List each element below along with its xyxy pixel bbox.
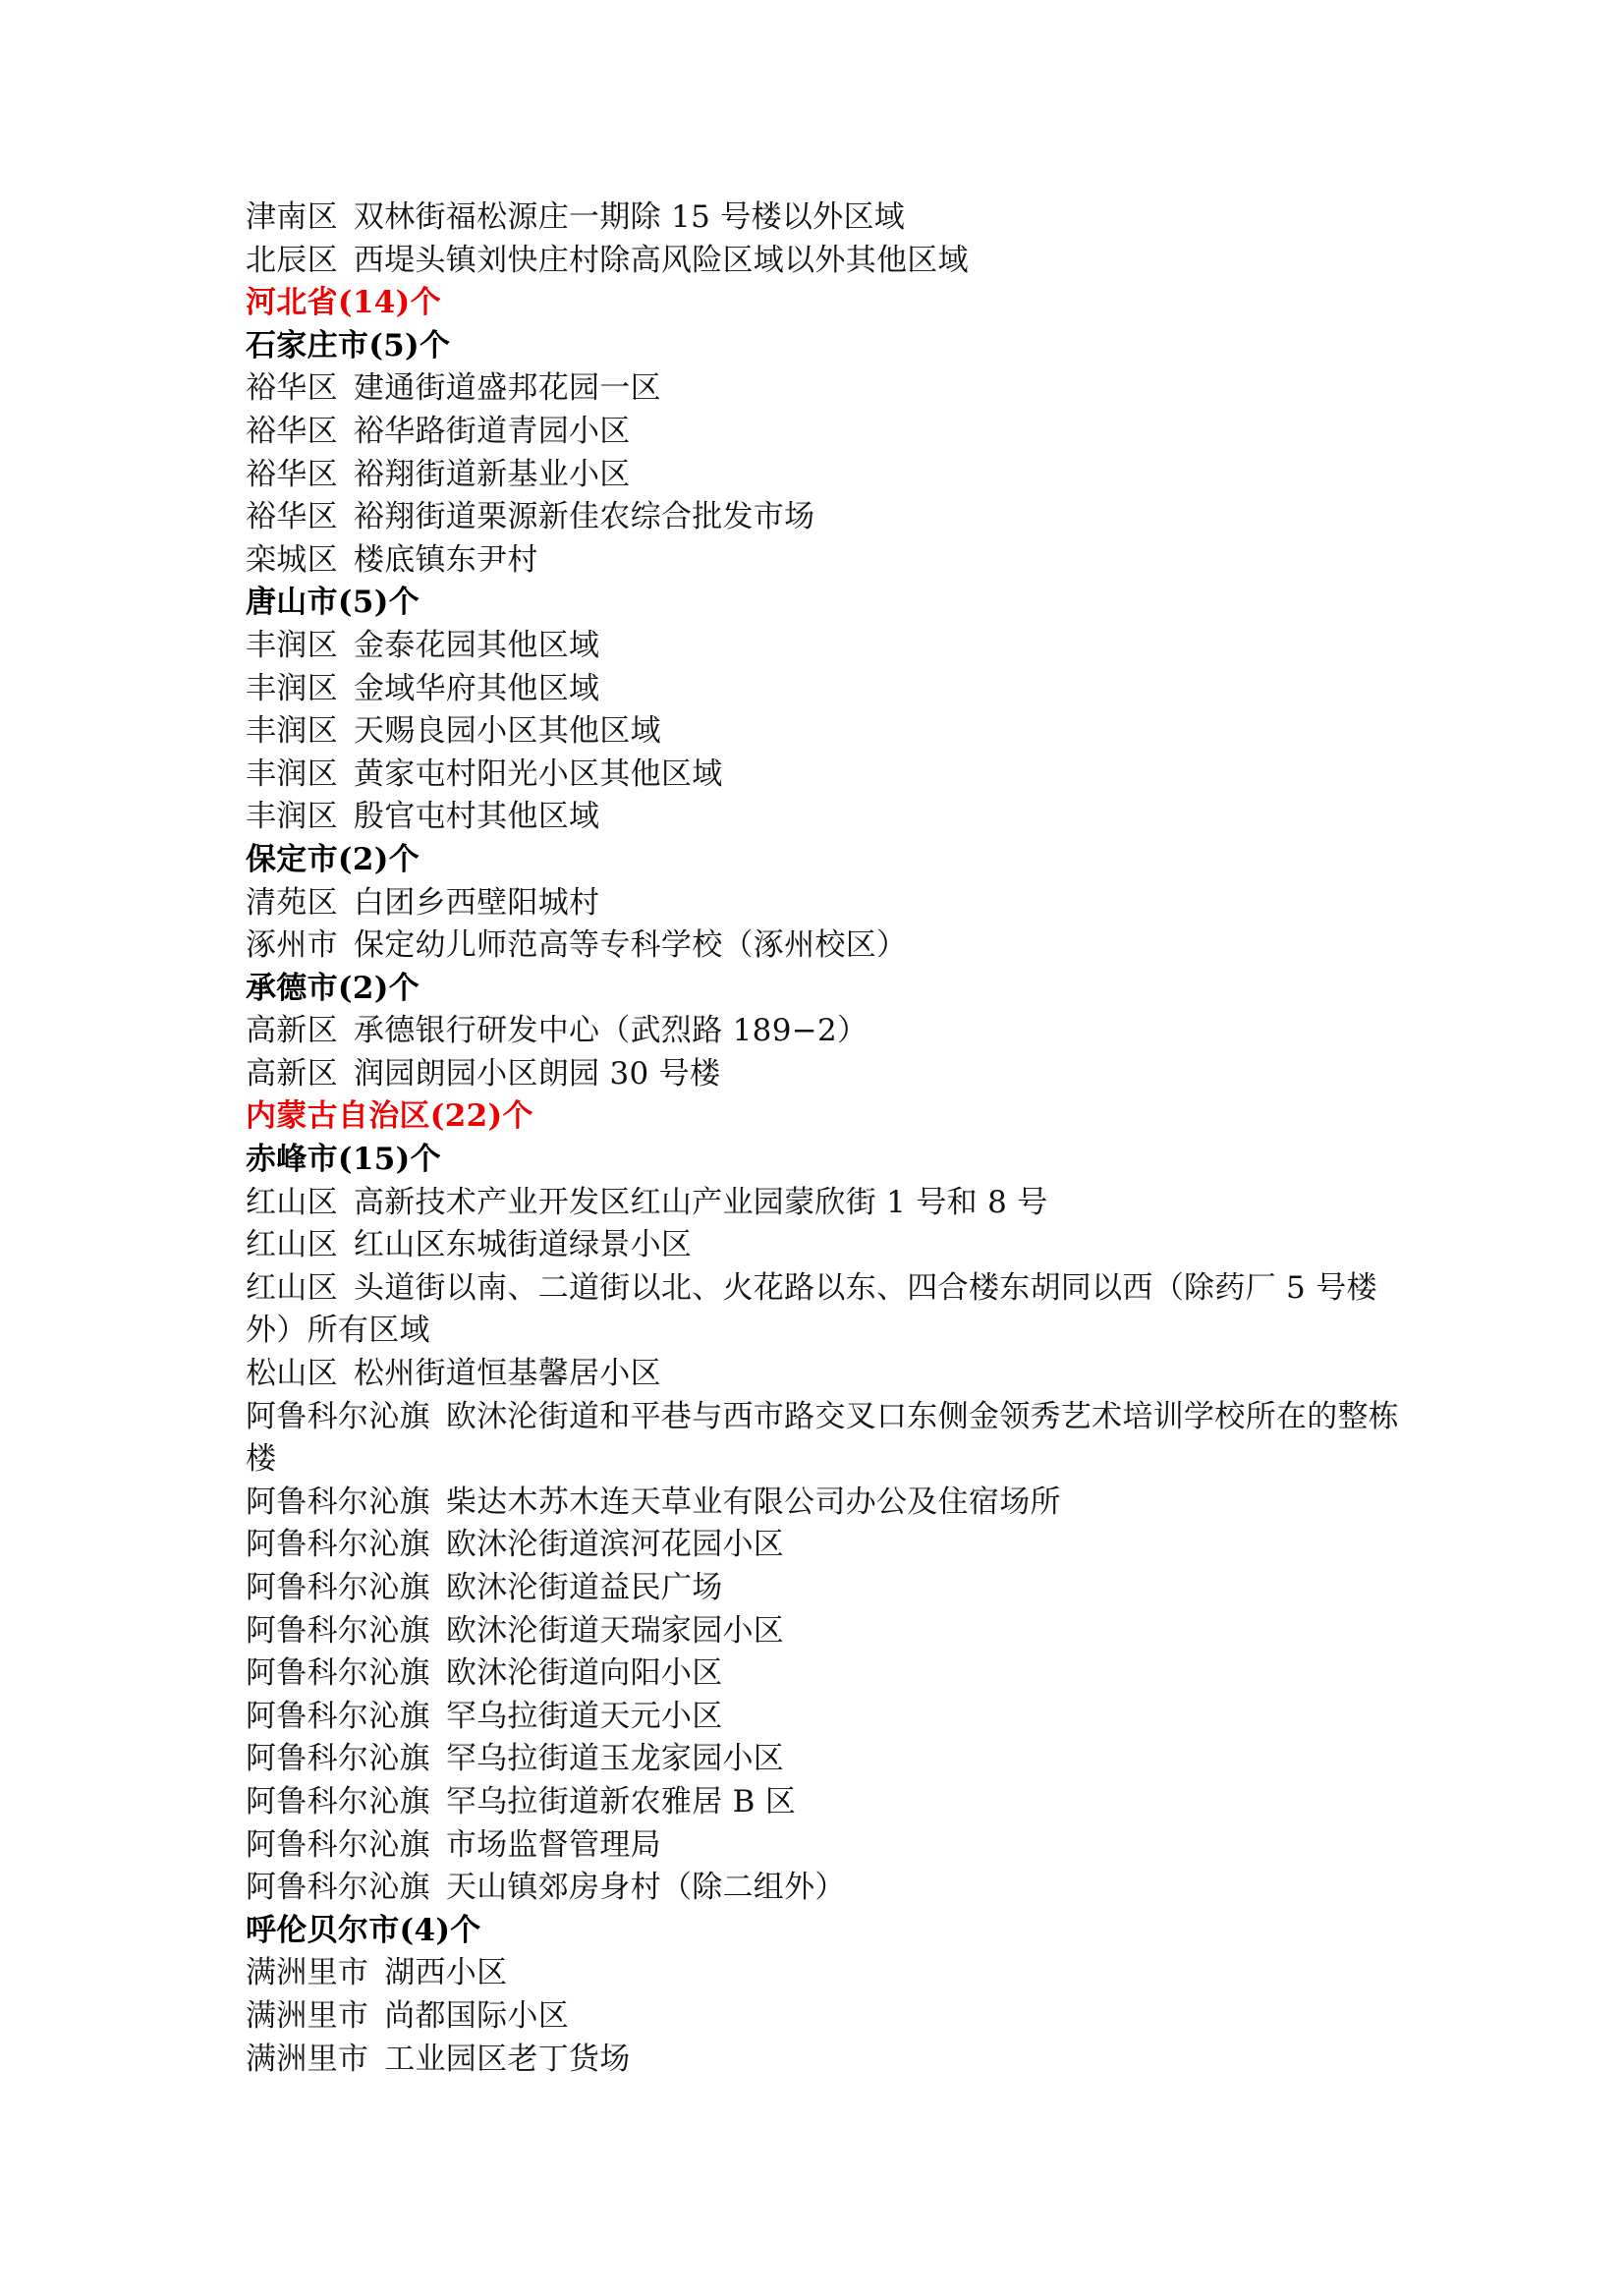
place-name: 工业园区老丁货场 (384, 2042, 630, 2077)
place-name: 裕华路街道青园小区 (354, 414, 631, 449)
district-name: 阿鲁科尔沁旗 (246, 1870, 430, 1905)
place-name: 柴达木苏木连天草业有限公司办公及住宿场所 (446, 1484, 1061, 1520)
district-name: 丰润区 (246, 713, 338, 749)
district-name: 高新区 (246, 1013, 338, 1048)
place-name: 欧沐沦街道滨河花园小区 (446, 1527, 784, 1562)
area-entry: 津南区双林街福松源庄一期除 15 号楼以外区域 (246, 196, 1405, 240)
city-heading: 保定市(2)个 (246, 839, 1405, 882)
place-name: 罕乌拉街道新农雅居 B 区 (446, 1784, 796, 1819)
area-entry: 阿鲁科尔沁旗欧沐沦街道和平巷与西市路交叉口东侧金领秀艺术培训学校所在的整栋楼 (246, 1396, 1405, 1482)
province-heading: 内蒙古自治区(22)个 (246, 1095, 1405, 1139)
area-entry: 裕华区建通街道盛邦花园一区 (246, 367, 1405, 411)
area-entry: 阿鲁科尔沁旗市场监督管理局 (246, 1824, 1405, 1868)
area-entry: 高新区承德银行研发中心（武烈路 189−2） (246, 1010, 1405, 1053)
district-name: 阿鲁科尔沁旗 (246, 1784, 430, 1819)
place-name: 尚都国际小区 (384, 1998, 569, 2034)
area-entry: 阿鲁科尔沁旗柴达木苏木连天草业有限公司办公及住宿场所 (246, 1482, 1405, 1525)
district-name: 阿鲁科尔沁旗 (246, 1741, 430, 1776)
area-entry: 阿鲁科尔沁旗罕乌拉街道新农雅居 B 区 (246, 1781, 1405, 1824)
area-entry: 丰润区天赐良园小区其他区域 (246, 710, 1405, 754)
area-entry: 丰润区殷官屯村其他区域 (246, 796, 1405, 839)
place-name: 罕乌拉街道天元小区 (446, 1699, 723, 1734)
place-name: 欧沐沦街道益民广场 (446, 1570, 723, 1605)
area-entry: 松山区松州街道恒基馨居小区 (246, 1353, 1405, 1396)
district-name: 津南区 (246, 199, 338, 235)
district-name: 裕华区 (246, 370, 338, 406)
place-name: 罕乌拉街道玉龙家园小区 (446, 1741, 784, 1776)
district-name: 红山区 (246, 1227, 338, 1262)
district-name: 阿鲁科尔沁旗 (246, 1699, 430, 1734)
area-entry: 阿鲁科尔沁旗罕乌拉街道天元小区 (246, 1696, 1405, 1739)
place-name: 裕翔街道栗源新佳农综合批发市场 (354, 499, 815, 534)
district-name: 高新区 (246, 1056, 338, 1092)
place-name: 承德银行研发中心（武烈路 189−2） (354, 1013, 868, 1048)
place-name: 红山区东城街道绿景小区 (354, 1227, 692, 1262)
area-entry: 丰润区金泰花园其他区域 (246, 625, 1405, 668)
district-name: 裕华区 (246, 457, 338, 492)
area-entry: 阿鲁科尔沁旗欧沐沦街道天瑞家园小区 (246, 1610, 1405, 1653)
district-name: 满洲里市 (246, 1998, 368, 2034)
area-entry: 阿鲁科尔沁旗罕乌拉街道玉龙家园小区 (246, 1738, 1405, 1781)
district-name: 丰润区 (246, 628, 338, 663)
district-name: 红山区 (246, 1185, 338, 1220)
district-name: 阿鲁科尔沁旗 (246, 1399, 430, 1434)
district-name: 丰润区 (246, 799, 338, 834)
place-name: 西堤头镇刘快庄村除高风险区域以外其他区域 (354, 243, 969, 278)
area-entry: 清苑区白团乡西壁阳城村 (246, 882, 1405, 925)
district-name: 红山区 (246, 1270, 338, 1306)
area-entry: 红山区红山区东城街道绿景小区 (246, 1224, 1405, 1267)
district-name: 涿州市 (246, 927, 338, 963)
area-entry: 裕华区裕翔街道新基业小区 (246, 454, 1405, 497)
place-name: 黄家屯村阳光小区其他区域 (354, 756, 723, 792)
area-entry: 阿鲁科尔沁旗欧沐沦街道滨河花园小区 (246, 1524, 1405, 1567)
place-name: 欧沐沦街道向阳小区 (446, 1655, 723, 1691)
district-name: 丰润区 (246, 671, 338, 706)
district-name: 松山区 (246, 1356, 338, 1391)
place-name: 楼底镇东尹村 (354, 542, 538, 578)
area-entry: 满洲里市尚都国际小区 (246, 1995, 1405, 2039)
area-entry: 裕华区裕华路街道青园小区 (246, 411, 1405, 454)
city-heading: 唐山市(5)个 (246, 582, 1405, 625)
area-entry: 阿鲁科尔沁旗欧沐沦街道向阳小区 (246, 1652, 1405, 1696)
place-name: 润园朗园小区朗园 30 号楼 (354, 1056, 720, 1092)
province-heading: 河北省(14)个 (246, 282, 1405, 325)
place-name: 殷官屯村其他区域 (354, 799, 599, 834)
district-name: 阿鲁科尔沁旗 (246, 1484, 430, 1520)
area-entry: 裕华区裕翔街道栗源新佳农综合批发市场 (246, 496, 1405, 539)
district-name: 丰润区 (246, 756, 338, 792)
area-entry: 满洲里市湖西小区 (246, 1952, 1405, 1995)
area-entry: 丰润区金域华府其他区域 (246, 668, 1405, 711)
place-name: 建通街道盛邦花园一区 (354, 370, 661, 406)
place-name: 松州街道恒基馨居小区 (354, 1356, 661, 1391)
place-name: 欧沐沦街道天瑞家园小区 (446, 1613, 784, 1649)
area-entry: 北辰区西堤头镇刘快庄村除高风险区域以外其他区域 (246, 240, 1405, 283)
district-name: 裕华区 (246, 414, 338, 449)
place-name: 天山镇郊房身村（除二组外） (446, 1870, 846, 1905)
place-name: 头道街以南、二道街以北、火花路以东、四合楼东胡同以西（除药厂 5 号楼外）所有区… (246, 1270, 1377, 1349)
area-entry: 阿鲁科尔沁旗欧沐沦街道益民广场 (246, 1567, 1405, 1610)
area-entry: 涿州市保定幼儿师范高等专科学校（涿州校区） (246, 924, 1405, 968)
place-name: 双林街福松源庄一期除 15 号楼以外区域 (354, 199, 905, 235)
place-name: 保定幼儿师范高等专科学校（涿州校区） (354, 927, 907, 963)
district-name: 栾城区 (246, 542, 338, 578)
district-name: 阿鲁科尔沁旗 (246, 1655, 430, 1691)
area-entry: 红山区高新技术产业开发区红山产业园蒙欣街 1 号和 8 号 (246, 1182, 1405, 1225)
district-name: 满洲里市 (246, 2042, 368, 2077)
place-name: 金泰花园其他区域 (354, 628, 599, 663)
district-name: 北辰区 (246, 243, 338, 278)
area-entry: 阿鲁科尔沁旗天山镇郊房身村（除二组外） (246, 1867, 1405, 1910)
district-name: 满洲里市 (246, 1955, 368, 1990)
place-name: 市场监督管理局 (446, 1827, 661, 1863)
city-heading: 石家庄市(5)个 (246, 325, 1405, 368)
city-heading: 呼伦贝尔市(4)个 (246, 1910, 1405, 1953)
district-name: 清苑区 (246, 885, 338, 921)
place-name: 天赐良园小区其他区域 (354, 713, 661, 749)
district-name: 裕华区 (246, 499, 338, 534)
area-entry: 红山区头道街以南、二道街以北、火花路以东、四合楼东胡同以西（除药厂 5 号楼外）… (246, 1267, 1405, 1353)
place-name: 金域华府其他区域 (354, 671, 599, 706)
place-name: 湖西小区 (384, 1955, 507, 1990)
district-name: 阿鲁科尔沁旗 (246, 1827, 430, 1863)
district-name: 阿鲁科尔沁旗 (246, 1570, 430, 1605)
place-name: 白团乡西壁阳城村 (354, 885, 599, 921)
district-name: 阿鲁科尔沁旗 (246, 1613, 430, 1649)
city-heading: 承德市(2)个 (246, 968, 1405, 1011)
district-name: 阿鲁科尔沁旗 (246, 1527, 430, 1562)
area-entry: 丰润区黄家屯村阳光小区其他区域 (246, 754, 1405, 797)
city-heading: 赤峰市(15)个 (246, 1139, 1405, 1182)
area-entry: 满洲里市工业园区老丁货场 (246, 2039, 1405, 2082)
place-name: 高新技术产业开发区红山产业园蒙欣街 1 号和 8 号 (354, 1185, 1048, 1220)
place-name: 裕翔街道新基业小区 (354, 457, 631, 492)
area-entry: 高新区润园朗园小区朗园 30 号楼 (246, 1053, 1405, 1096)
document-body: 津南区双林街福松源庄一期除 15 号楼以外区域 北辰区西堤头镇刘快庄村除高风险区… (246, 196, 1405, 2081)
area-entry: 栾城区楼底镇东尹村 (246, 539, 1405, 583)
